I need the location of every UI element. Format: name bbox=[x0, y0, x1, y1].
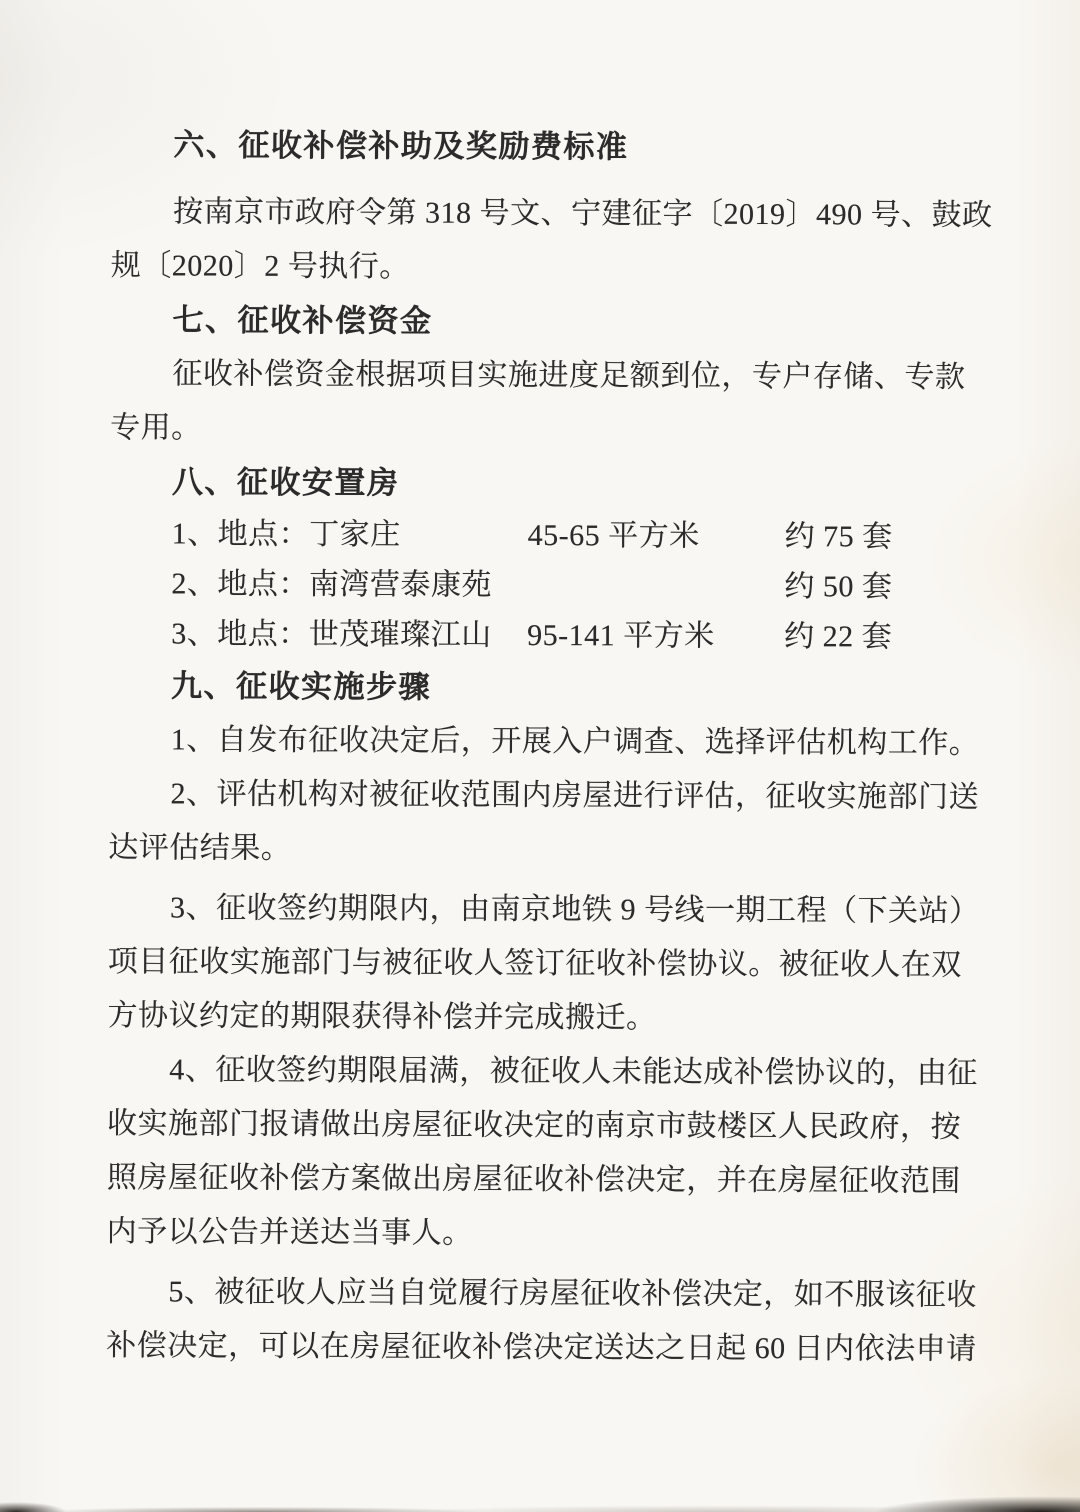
housing-item-1: 1、地点：丁家庄 45-65 平方米 约 75 套 bbox=[110, 509, 1060, 563]
step-2-line-1: 2、评估机构对被征收范围内房屋进行评估，征收实施部门送 bbox=[108, 767, 1058, 825]
housing-item-1-area: 45-65 平方米 bbox=[528, 511, 785, 562]
scanned-document-page: 六、征收补偿补助及奖励费标准 按南京市政府令第 318 号文、宁建征字〔2019… bbox=[0, 0, 1080, 1512]
step-2-line-2: 达评估结果。 bbox=[108, 821, 1058, 879]
scan-shadow-bottom-edge bbox=[0, 1466, 1080, 1512]
section-6-heading: 六、征收补偿补助及奖励费标准 bbox=[111, 118, 1061, 176]
housing-item-3-area: 95-141 平方米 bbox=[527, 611, 784, 662]
step-3-line-1: 3、征收签约期限内，由南京地铁 9 号线一期工程（下关站） bbox=[108, 881, 1058, 939]
housing-item-1-count: 约 75 套 bbox=[785, 512, 1060, 563]
housing-item-3: 3、地点：世茂璀璨江山 95-141 平方米 约 22 套 bbox=[109, 609, 1059, 663]
housing-item-3-count: 约 22 套 bbox=[784, 612, 1059, 663]
section-6-line-2: 规〔2020〕2 号执行。 bbox=[111, 239, 1061, 297]
step-4-line-3: 照房屋征收补偿方案做出房屋征收补偿决定，并在房屋征收范围 bbox=[107, 1151, 1057, 1209]
section-8-heading: 八、征收安置房 bbox=[110, 455, 1060, 513]
section-6-line-1: 按南京市政府令第 318 号文、宁建征字〔2019〕490 号、鼓政 bbox=[111, 185, 1061, 243]
step-3-line-3: 方协议约定的期限获得补偿并完成搬迁。 bbox=[107, 989, 1057, 1047]
section-7-line-2: 专用。 bbox=[110, 401, 1060, 459]
housing-item-2-area bbox=[527, 561, 784, 612]
document-content: 六、征收补偿补助及奖励费标准 按南京市政府令第 318 号文、宁建征字〔2019… bbox=[0, 0, 1080, 1377]
housing-item-2-location: 2、地点：南湾营泰康苑 bbox=[171, 559, 527, 611]
section-7-line-1: 征收补偿资金根据项目实施进度足额到位，专户存储、专款 bbox=[110, 347, 1060, 405]
step-4-line-2: 收实施部门报请做出房屋征收决定的南京市鼓楼区人民政府，按 bbox=[107, 1097, 1057, 1155]
step-4-line-1: 4、征收签约期限届满，被征收人未能达成补偿协议的，由征 bbox=[107, 1043, 1057, 1101]
step-4-line-4: 内予以公告并送达当事人。 bbox=[107, 1205, 1057, 1263]
housing-item-1-location: 1、地点：丁家庄 bbox=[172, 509, 528, 561]
step-3-line-2: 项目征收实施部门与被征收人签订征收补偿协议。被征收人在双 bbox=[108, 935, 1058, 993]
section-7-heading: 七、征收补偿资金 bbox=[110, 293, 1060, 351]
step-5-line-1: 5、被征收人应当自觉履行房屋征收补偿决定，如不服该征收 bbox=[106, 1265, 1056, 1323]
housing-item-3-location: 3、地点：世茂璀璨江山 bbox=[171, 609, 527, 661]
housing-item-2: 2、地点：南湾营泰康苑 约 50 套 bbox=[109, 559, 1059, 613]
section-9-heading: 九、征收实施步骤 bbox=[109, 659, 1059, 717]
step-5-line-2: 补偿决定，可以在房屋征收补偿决定送达之日起 60 日内依法申请 bbox=[106, 1319, 1056, 1377]
housing-item-2-count: 约 50 套 bbox=[784, 562, 1059, 613]
step-1-line-1: 1、自发布征收决定后，开展入户调查、选择评估机构工作。 bbox=[109, 713, 1059, 771]
